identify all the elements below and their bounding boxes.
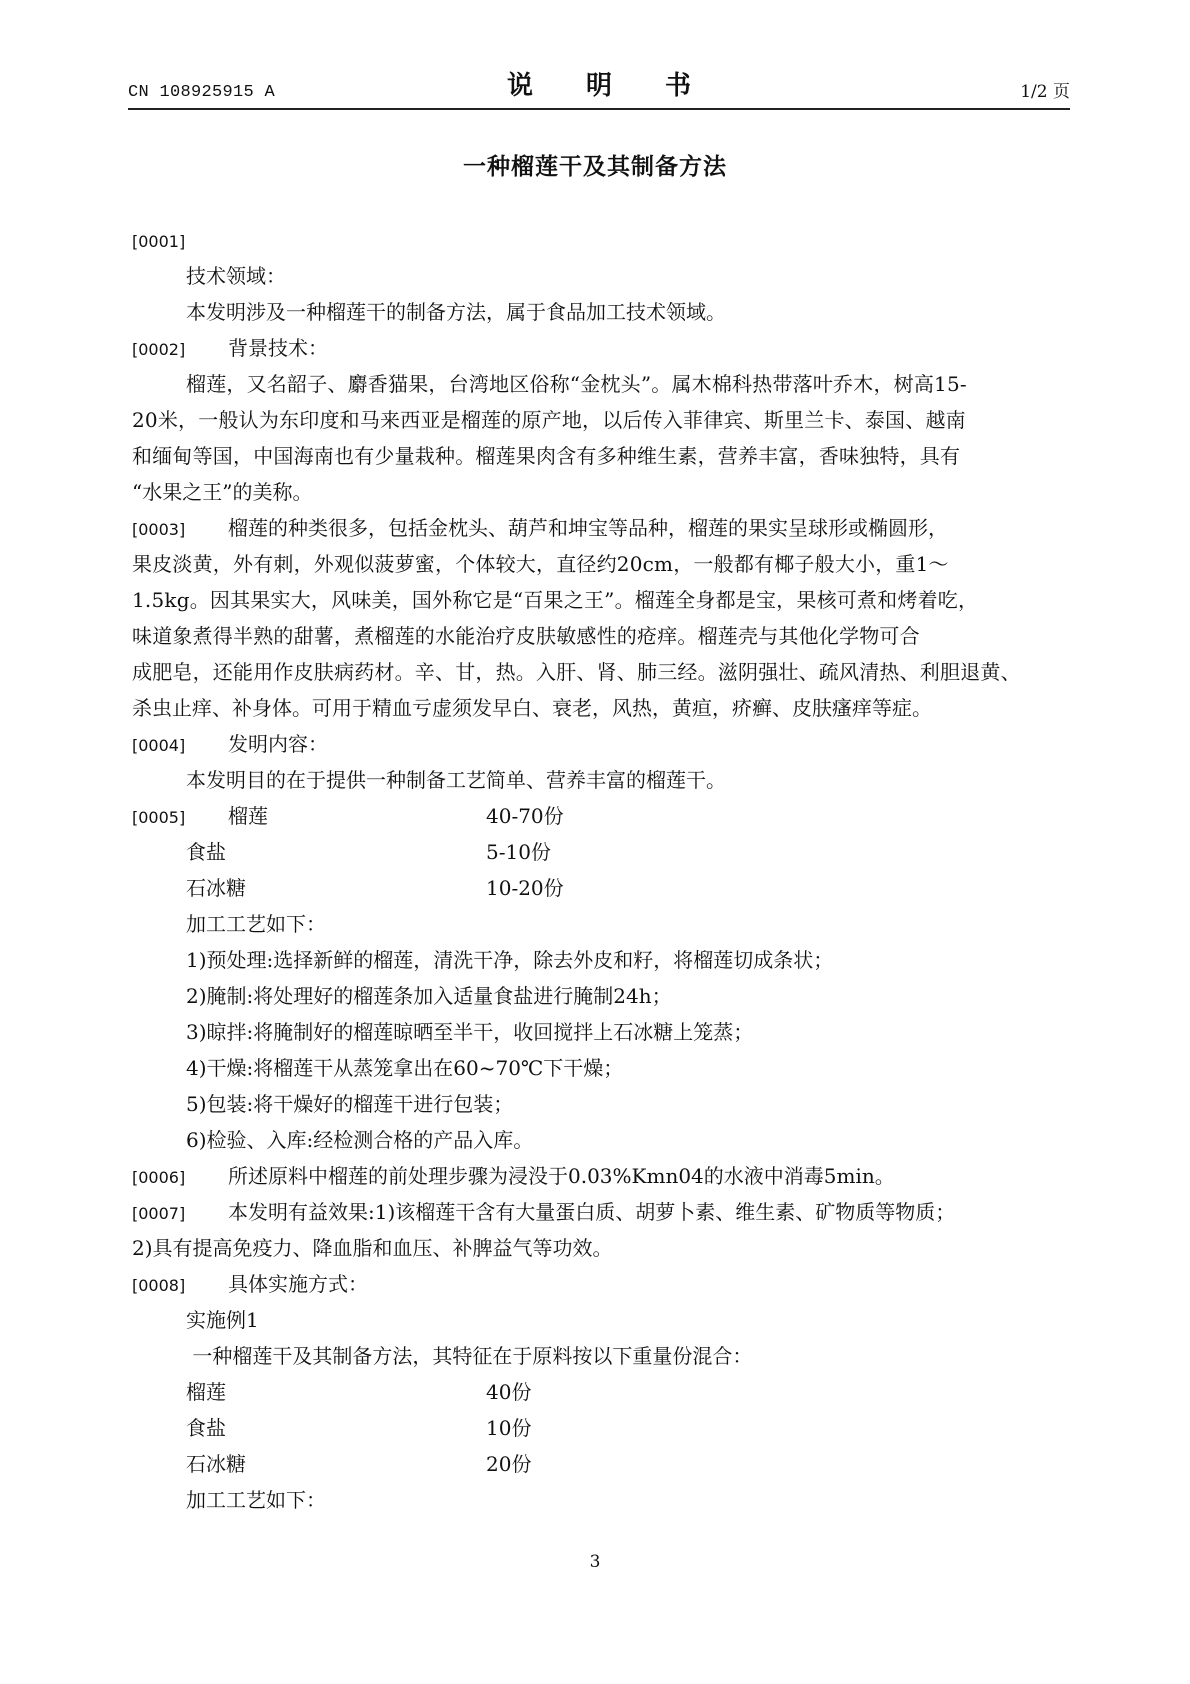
- body-text: 本发明有益效果:1)该榴莲干含有大量蛋白质、胡萝卜素、维生素、矿物质等物质；: [228, 1200, 955, 1224]
- section-heading: 具体实施方式：: [228, 1272, 368, 1296]
- body-text: 20米，一般认为东印度和马来西亚是榴莲的原产地，以后传入菲律宾、斯里兰卡、泰国、…: [132, 402, 1072, 438]
- document-body: [0001] 技术领域： 本发明涉及一种榴莲干的制备方法，属于食品加工技术领域。…: [132, 222, 1072, 1518]
- ingredient-name: 食盐: [186, 1410, 486, 1446]
- ingredient-amount: 10份: [486, 1410, 531, 1446]
- ingredient-name: 榴莲: [228, 798, 486, 834]
- paragraph-number: [0006]: [132, 1160, 228, 1196]
- ingredient-row: [0005]榴莲40-70份: [132, 798, 1072, 834]
- process-heading: 加工工艺如下：: [132, 1482, 1072, 1518]
- body-text: 果皮淡黄，外有刺，外观似菠萝蜜，个体较大，直径约20cm，一般都有椰子般大小，重…: [132, 546, 1072, 582]
- paragraph-number: [0001]: [132, 224, 228, 260]
- body-text: 杀虫止痒、补身体。可用于精血亏虚须发早白、衰老，风热，黄疸，疥癣、皮肤瘙痒等症。: [132, 690, 1072, 726]
- page-number: 3: [0, 1552, 1190, 1572]
- paragraph-line: [0003]榴莲的种类很多，包括金枕头、葫芦和坤宝等品种，榴莲的果实呈球形或椭圆…: [132, 510, 1072, 546]
- ingredient-row: 石冰糖10-20份: [132, 870, 1072, 906]
- ingredient-row: 石冰糖20份: [132, 1446, 1072, 1482]
- ingredient-amount: 10-20份: [486, 870, 564, 906]
- ingredient-name: 榴莲: [186, 1374, 486, 1410]
- paragraph-line: [0004]发明内容：: [132, 726, 1072, 762]
- body-text: “水果之王”的美称。: [132, 474, 1072, 510]
- ingredient-row: 榴莲40份: [132, 1374, 1072, 1410]
- ingredient-amount: 40份: [486, 1374, 531, 1410]
- section-heading: 发明内容：: [228, 732, 328, 756]
- page-indicator: 1/2 页: [1020, 77, 1070, 102]
- process-step: 5)包装:将干燥好的榴莲干进行包装；: [132, 1086, 1072, 1122]
- section-heading: 背景技术：: [228, 336, 328, 360]
- body-text: 本发明目的在于提供一种制备工艺简单、营养丰富的榴莲干。: [132, 762, 1072, 798]
- ingredient-amount: 40-70份: [486, 798, 564, 834]
- process-step: 2)腌制:将处理好的榴莲条加入适量食盐进行腌制24h；: [132, 978, 1072, 1014]
- process-heading: 加工工艺如下：: [132, 906, 1072, 942]
- paragraph-number: [0004]: [132, 728, 228, 764]
- body-text: 一种榴莲干及其制备方法，其特征在于原料按以下重量份混合：: [132, 1338, 1072, 1374]
- paragraph-number-line: [0001]: [132, 222, 1072, 258]
- process-step: 1)预处理:选择新鲜的榴莲，清洗干净，除去外皮和籽，将榴莲切成条状；: [132, 942, 1072, 978]
- paragraph-line: [0008]具体实施方式：: [132, 1266, 1072, 1302]
- ingredient-name: 石冰糖: [186, 1446, 486, 1482]
- paragraph-number: [0008]: [132, 1268, 228, 1304]
- body-text: 本发明涉及一种榴莲干的制备方法，属于食品加工技术领域。: [132, 294, 1072, 330]
- paragraph-line: [0006]所述原料中榴莲的前处理步骤为浸没于0.03%Kmn04的水液中消毒5…: [132, 1158, 1072, 1194]
- page-header: CN 108925915 A 说 明 书 1/2 页: [128, 62, 1070, 110]
- paragraph-number: [0007]: [132, 1196, 228, 1232]
- ingredient-amount: 5-10份: [486, 834, 551, 870]
- body-text: 榴莲，又名韶子、麝香猫果，台湾地区俗称“金枕头”。属木棉科热带落叶乔木，树高15…: [132, 366, 1072, 402]
- ingredient-name: 食盐: [186, 834, 486, 870]
- document-title: 一种榴莲干及其制备方法: [0, 148, 1190, 181]
- body-text: 2)具有提高免疫力、降血脂和血压、补脾益气等功效。: [132, 1230, 1072, 1266]
- paragraph-number: [0005]: [132, 800, 228, 836]
- process-step: 4)干燥:将榴莲干从蒸笼拿出在60~70℃下干燥；: [132, 1050, 1072, 1086]
- ingredient-name: 石冰糖: [186, 870, 486, 906]
- paragraph-number: [0002]: [132, 332, 228, 368]
- body-text: 所述原料中榴莲的前处理步骤为浸没于0.03%Kmn04的水液中消毒5min。: [228, 1164, 895, 1188]
- body-text: 味道象煮得半熟的甜薯，煮榴莲的水能治疗皮肤敏感性的疮痒。榴莲壳与其他化学物可合: [132, 618, 1072, 654]
- example-title: 实施例1: [132, 1302, 1072, 1338]
- body-text: 和缅甸等国，中国海南也有少量栽种。榴莲果肉含有多种维生素，营养丰富，香味独特，具…: [132, 438, 1072, 474]
- process-step: 3)晾拌:将腌制好的榴莲晾晒至半干，收回搅拌上石冰糖上笼蒸；: [132, 1014, 1072, 1050]
- body-text: 成肥皂，还能用作皮肤病药材。辛、甘，热。入肝、肾、肺三经。滋阴强壮、疏风清热、利…: [132, 654, 1072, 690]
- ingredient-row: 食盐10份: [132, 1410, 1072, 1446]
- body-text: 1.5kg。因其果实大，风味美，国外称它是“百果之王”。榴莲全身都是宝，果核可煮…: [132, 582, 1072, 618]
- ingredient-row: 食盐5-10份: [132, 834, 1072, 870]
- paragraph-number: [0003]: [132, 512, 228, 548]
- paragraph-line: [0002]背景技术：: [132, 330, 1072, 366]
- document-type: 说 明 书: [128, 65, 1070, 102]
- ingredient-amount: 20份: [486, 1446, 531, 1482]
- body-text: 榴莲的种类很多，包括金枕头、葫芦和坤宝等品种，榴莲的果实呈球形或椭圆形，: [228, 516, 948, 540]
- process-step: 6)检验、入库:经检测合格的产品入库。: [132, 1122, 1072, 1158]
- paragraph-line: [0007]本发明有益效果:1)该榴莲干含有大量蛋白质、胡萝卜素、维生素、矿物质…: [132, 1194, 1072, 1230]
- section-heading: 技术领域：: [132, 258, 1072, 294]
